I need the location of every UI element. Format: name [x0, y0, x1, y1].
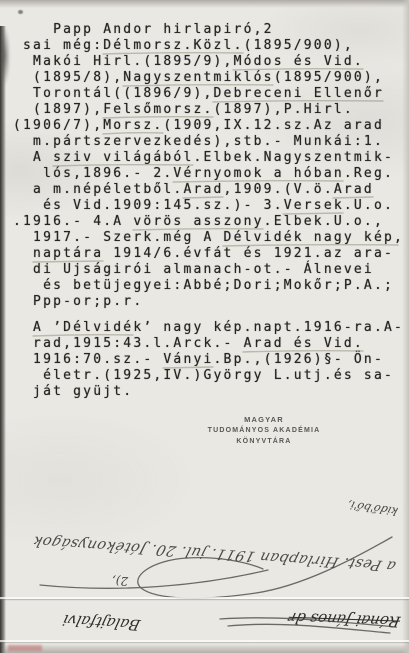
typed-line: lós,1896.- 2.Vérnyomok a hóban.Reg. [13, 166, 409, 182]
typed-line: a m.népéletből.Arad,1909.(V.ö.Arad [13, 182, 409, 198]
handwritten-number-note: 2), [112, 574, 129, 589]
handwritten-small-note: kidő'bő'i, [296, 491, 399, 517]
stamp-line-2: TUDOMÁNYOS AKADÉMIA [183, 425, 345, 436]
typed-line: Torontál((1896/9),Debreceni Ellenőr [13, 86, 409, 102]
typed-line: (1906/7),Morsz.(1909,IX.12.sz.Az arad [13, 118, 409, 134]
typed-line: és betüjegyei:Abbé;Dori;Mokőr;P.A.; [13, 278, 409, 294]
library-stamp: MAGYAR TUDOMÁNYOS AKADÉMIA KÖNYVTÁRA [183, 414, 345, 447]
typed-line: A sziv világából.Elbek.Nagyszentmik- [13, 150, 409, 166]
photo-edge-right [402, 0, 409, 653]
typed-line: (1897),Felsőmorsz.(1897),P.Hirl. [13, 102, 409, 118]
typed-line: (1895/8),Nagyszentmiklós(1895/900), [13, 70, 409, 86]
handwritten-struck-name: Rónai János dr [188, 605, 402, 630]
photo-edge-bottom [0, 644, 409, 653]
paper-crease-upper [0, 597, 409, 599]
stamp-line-1: MAGYAR [183, 414, 345, 425]
typed-line: és Vid.1909:145.sz.)- 3.Versek.U.o. [13, 198, 409, 214]
typed-line: m.pártszervezkedés),stb.- Munkái:1. [13, 134, 409, 150]
typed-line: életr.(1925,IV.)György L.utj.és sa- [13, 368, 409, 384]
typed-line: rad,1915:43.l.Arck.- Arad és Vid. [13, 336, 409, 352]
typed-line: .1916.- 4.A vörös asszony.Elbek.U.o., [13, 214, 409, 230]
typed-line: Ppp-or;p.r. [13, 294, 409, 310]
typed-line: 1916:70.sz.- Ványi.Bp.,(1926)§- Ön- [13, 352, 409, 368]
typed-line: 1917.- Szerk.még A Délvidék nagy kép, [13, 230, 409, 246]
typed-line: Makói Hirl.(1895/9),Módos és Vid. [13, 54, 409, 70]
photo-edge-top [0, 0, 409, 8]
red-smudge [8, 645, 42, 651]
typed-line: naptára 1914/6.évfát és 1921.az ara- [13, 246, 409, 262]
typed-line: ját gyüjt. [13, 384, 409, 400]
handwritten-main-note: a Pest. Hirlapban 1911. jul. 20. Jótékon… [28, 532, 398, 573]
typed-line [13, 310, 409, 320]
photo-edge-left [0, 26, 6, 653]
catalog-card-photo: Papp Andor hirlapiró,2 sai még:Délmorsz.… [0, 0, 409, 653]
dust-speck [18, 10, 23, 14]
handwritten-left-name: Balajtfalvi [22, 608, 142, 634]
typed-line: Papp Andor hirlapiró,2 [13, 22, 409, 38]
typed-line: sai még:Délmorsz.Közl.(1895/900), [13, 38, 409, 54]
typed-line: A ’Délvidék’ nagy kép.napt.1916-ra.A- [13, 320, 409, 336]
stamp-line-3: KÖNYVTÁRA [183, 436, 345, 447]
typed-line: di Ujságirói almanach-ot.- Álnevei [13, 262, 409, 278]
edge-blot [0, 26, 10, 86]
typed-text-block: Papp Andor hirlapiró,2 sai még:Délmorsz.… [13, 22, 409, 400]
paper-crease-lower [0, 640, 409, 642]
